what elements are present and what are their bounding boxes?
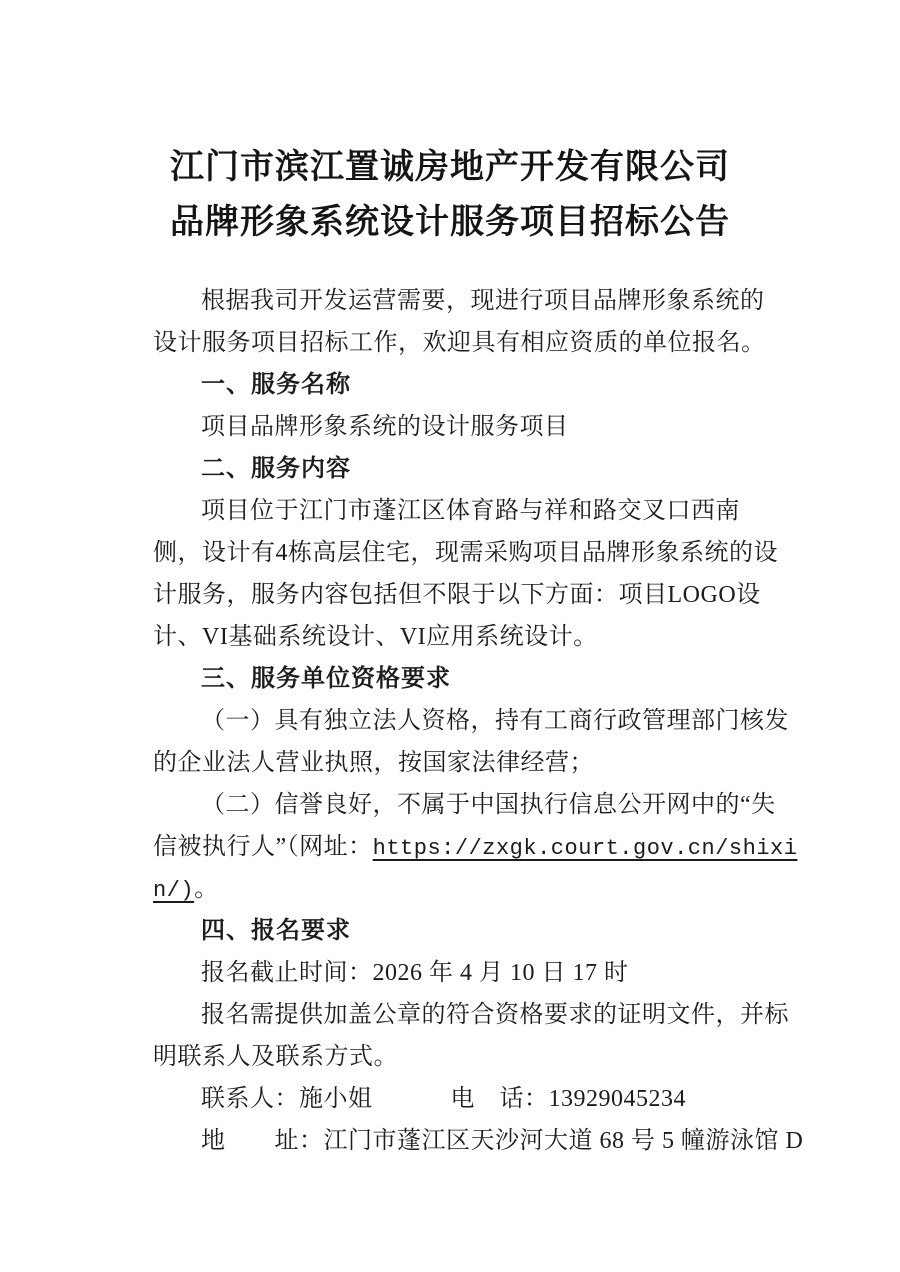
contact-label: 联系人：	[201, 1086, 299, 1112]
text-segment: 。	[194, 876, 219, 902]
text-segment: 根据我司开发运营需要，现进行项目品牌形象系统的	[201, 288, 765, 314]
phone-label: 电 话：	[451, 1086, 549, 1112]
qualification-line-2: 的企业法人营业执照，按国家法律经营；	[153, 742, 763, 784]
service-content-line-4: 计、VI基础系统设计、VI应用系统设计。	[153, 616, 763, 658]
document-title: 江门市滨江置诚房地产开发有限公司 品牌形象系统设计服务项目招标公告	[0, 140, 900, 250]
deadline-line: 报名截止时间：2026 年 4 月 10 日 17 时	[153, 952, 763, 994]
document-body: 根据我司开发运营需要，现进行项目品牌形象系统的设计服务项目招标工作，欢迎具有相应…	[153, 280, 763, 1162]
service-content-line-1: 项目位于江门市蓬江区体育路与祥和路交叉口西南	[153, 490, 763, 532]
contact-name: 施小姐	[299, 1086, 373, 1112]
text-segment: 计服务，服务内容包括但不限于以下方面：项目LOGO设	[153, 582, 761, 608]
text-segment: 明联系人及联系方式。	[153, 1044, 398, 1070]
contact-line: 联系人：施小姐电 话：13929045234	[153, 1078, 763, 1120]
deadline-label: 报名截止时间：	[201, 960, 373, 986]
text-segment: 报名需提供加盖公章的符合资格要求的证明文件，并标	[201, 1002, 789, 1028]
service-content-line-2: 侧，设计有4栋高层住宅，现需采购项目品牌形象系统的设	[153, 532, 763, 574]
address-line: 地 址：江门市蓬江区天沙河大道 68 号 5 幢游泳馆 D	[153, 1120, 763, 1162]
qualification-line-4: 信被执行人”（网址：https://zxgk.court.gov.cn/shix…	[153, 826, 763, 868]
deadline-value: 2026 年 4 月 10 日 17 时	[373, 960, 629, 986]
address-label: 地 址：	[201, 1128, 324, 1154]
text-segment: 设计服务项目招标工作，欢迎具有相应资质的单位报名。	[153, 330, 766, 356]
section-2-heading: 二、服务内容	[153, 448, 763, 490]
signup-requirement-line-1: 报名需提供加盖公章的符合资格要求的证明文件，并标	[153, 994, 763, 1036]
phone-number: 13929045234	[549, 1086, 687, 1112]
text-segment: 计、VI基础系统设计、VI应用系统设计。	[153, 624, 598, 650]
text-segment: （一）具有独立法人资格，持有工商行政管理部门核发	[201, 708, 789, 734]
service-content-line-3: 计服务，服务内容包括但不限于以下方面：项目LOGO设	[153, 574, 763, 616]
court-website-link-continued[interactable]: n/)	[153, 878, 194, 903]
text-segment: 项目位于江门市蓬江区体育路与祥和路交叉口西南	[201, 498, 740, 524]
text-segment: 信被执行人”（网址：	[153, 834, 373, 860]
address-value: 江门市蓬江区天沙河大道 68 号 5 幢游泳馆 D	[324, 1128, 804, 1154]
section-3-heading: 三、服务单位资格要求	[153, 658, 763, 700]
intro-line-1: 根据我司开发运营需要，现进行项目品牌形象系统的	[153, 280, 763, 322]
signup-requirement-line-2: 明联系人及联系方式。	[153, 1036, 763, 1078]
text-segment: 的企业法人营业执照，按国家法律经营；	[153, 750, 594, 776]
document-page: 江门市滨江置诚房地产开发有限公司 品牌形象系统设计服务项目招标公告 根据我司开发…	[0, 0, 900, 1272]
text-segment: （二）信誉良好，不属于中国执行信息公开网中的“失	[201, 792, 776, 818]
intro-line-2: 设计服务项目招标工作，欢迎具有相应资质的单位报名。	[153, 322, 763, 364]
court-website-link[interactable]: https://zxgk.court.gov.cn/shixi	[373, 836, 798, 861]
text-segment: 一、服务名称	[201, 371, 351, 398]
section-1-heading: 一、服务名称	[153, 364, 763, 406]
text-segment: 侧，设计有4栋高层住宅，现需采购项目品牌形象系统的设	[153, 540, 778, 566]
service-name-line: 项目品牌形象系统的设计服务项目	[153, 406, 763, 448]
text-segment: 四、报名要求	[201, 917, 351, 944]
section-4-heading: 四、报名要求	[153, 910, 763, 952]
document-title-line-1: 江门市滨江置诚房地产开发有限公司	[0, 140, 900, 195]
document-title-line-2: 品牌形象系统设计服务项目招标公告	[0, 195, 900, 250]
qualification-line-3: （二）信誉良好，不属于中国执行信息公开网中的“失	[153, 784, 763, 826]
text-segment: 项目品牌形象系统的设计服务项目	[201, 414, 569, 440]
text-segment: 二、服务内容	[201, 455, 351, 482]
qualification-line-1: （一）具有独立法人资格，持有工商行政管理部门核发	[153, 700, 763, 742]
qualification-line-5: n/)。	[153, 868, 763, 910]
text-segment: 三、服务单位资格要求	[201, 665, 451, 692]
